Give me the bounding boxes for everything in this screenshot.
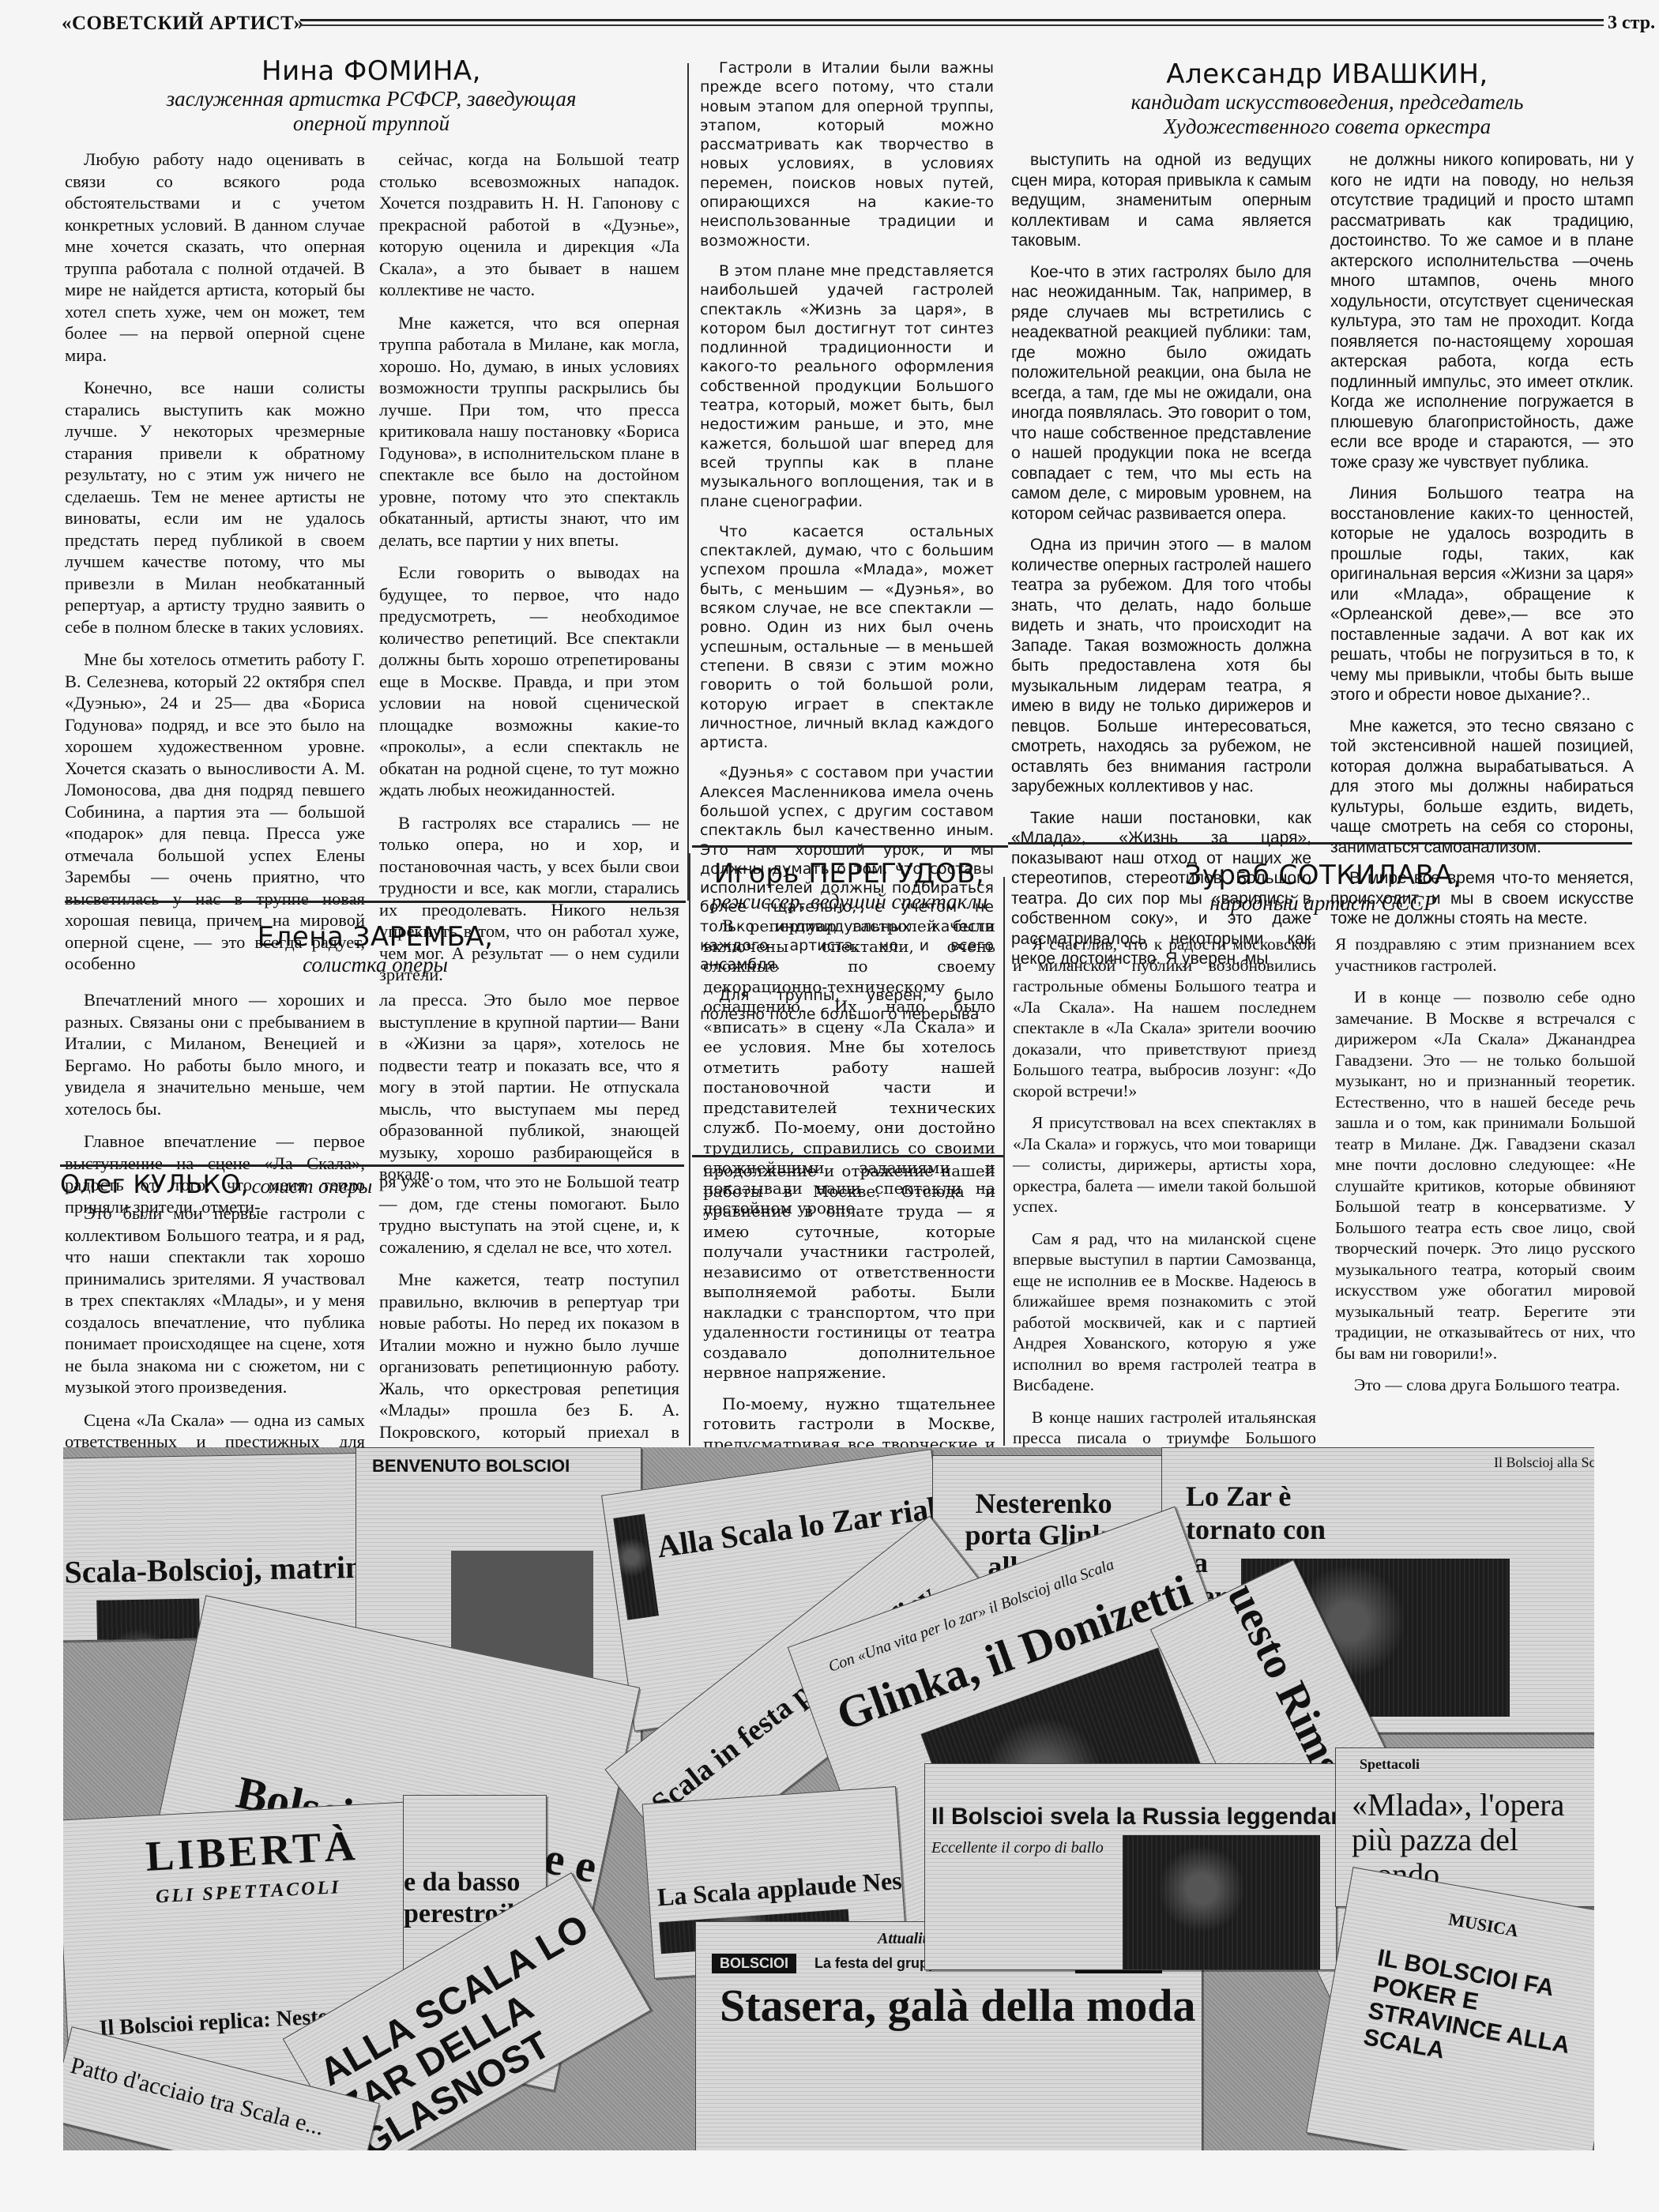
paragraph: В этом плане мне представляется наибольш… — [700, 261, 994, 511]
paragraph: ла пресса. Это было мое первое выступлен… — [379, 989, 679, 1185]
author-name: Нина ФОМИНА, — [63, 55, 679, 87]
headline: IL BOLSCIOI FA POKER E STRAVINCE ALLA SC… — [1361, 1945, 1594, 2090]
article-header-zaremba: Елена ЗАРЕМБА, солистка оперы — [63, 921, 687, 977]
headline: Il Bolscioi svela la Russia leggendaria — [931, 1804, 1337, 1830]
press-clippings-photo: Scala-Bolscioj, matrimonio d'a BENVENUTO… — [63, 1447, 1594, 2150]
headline: La Scala applaude Nesterenko — [656, 1860, 908, 1913]
paragraph: не должны никого копировать, ни у кого н… — [1330, 150, 1634, 472]
section-divider — [60, 1164, 684, 1167]
article-column-peregudov: В репертуар гастролей были включены спек… — [703, 916, 995, 1230]
article-header-ivashkin: Александр ИВАШКИН, кандидат искусствовед… — [1011, 58, 1643, 139]
article-column-fomina-1: Любую работу надо оценивать в связи со в… — [65, 149, 365, 986]
clipping: Il Bolscioi svela la Russia leggendaria … — [924, 1763, 1337, 1970]
masthead-liberta: LIBERTÀ — [145, 1821, 359, 1881]
author-name: Олег КУЛЬКО, — [60, 1169, 249, 1199]
article-column-kulko-1: Это были мои первые гастроли с коллектив… — [65, 1202, 365, 1485]
article-column-sotkilava-2: Я поздравляю с этим признанием всех учас… — [1335, 934, 1635, 1407]
paragraph: Гастроли в Италии были важны прежде всег… — [700, 58, 994, 250]
paragraph: сейчас, когда на Большой театр столько в… — [379, 149, 679, 301]
clipping-photo — [613, 1514, 659, 1619]
paragraph: Я поздравляю с этим признанием всех учас… — [1335, 934, 1635, 976]
paragraph: Я счастлив, что к радости московской и м… — [1013, 934, 1316, 1101]
paragraph: И в конце — позволю себе одно замечание.… — [1335, 987, 1635, 1364]
paragraph: Любую работу надо оценивать в связи со в… — [65, 149, 365, 366]
author-role-cont: оперной труппой — [63, 111, 679, 136]
author-name: Игорь ПЕРЕГУДОВ, — [695, 858, 1003, 890]
article-column-ivashkin-2: не должны никого копировать, ни у кого н… — [1330, 150, 1634, 940]
paragraph: Я присутствовал на всех спектаклях в «Ла… — [1013, 1112, 1316, 1217]
article-header-fomina: Нина ФОМИНА, заслуженная артистка РСФСР,… — [63, 55, 679, 136]
clipping-photo — [1123, 1835, 1320, 1969]
paragraph: Кое-что в этих гастролях было для нас не… — [1011, 262, 1311, 525]
author-name: Александр ИВАШКИН, — [1011, 58, 1643, 90]
column-divider — [1003, 877, 1005, 1446]
paragraph: Что касается остальных спектаклей, думаю… — [700, 522, 994, 753]
paragraph: Это были мои первые гастроли с коллектив… — [65, 1202, 365, 1398]
section-divider — [65, 901, 686, 903]
headline: Il Bolscioj alla Scala — [1494, 1454, 1594, 1471]
label-bolscioi: BOLSCIOI — [712, 1954, 796, 1973]
newspaper-title: «СОВЕТСКИЙ АРТИСТ» — [62, 13, 304, 35]
paragraph: Одна из причин этого — в малом количеств… — [1011, 535, 1311, 797]
paragraph: Впечатлений много — хороших и разных. Св… — [65, 989, 365, 1119]
section-divider — [692, 845, 1008, 848]
clipping: MUSICA IL BOLSCIOI FA POKER E STRAVINCE … — [1306, 1867, 1594, 2150]
clipping-photo — [96, 1599, 201, 1642]
masthead-rule — [300, 19, 1604, 26]
section-label: Spettacoli — [1360, 1756, 1420, 1773]
author-role: солистка оперы — [63, 953, 687, 977]
paragraph: Если говорить о выводах на будущее, то п… — [379, 562, 679, 801]
paragraph: Это — слова друга Большого театра. — [1335, 1375, 1635, 1396]
subheadline: Eccellente il corpo di ballo — [931, 1839, 1104, 1857]
section-label: GLI SPETTACOLI — [155, 1877, 341, 1908]
author-role: народный артист СССР — [1011, 891, 1635, 916]
author-role: солист оперы — [252, 1175, 373, 1198]
paragraph: Мне кажется, театр поступил правильно, в… — [379, 1269, 679, 1465]
section-label: MUSICA — [1447, 1909, 1520, 1941]
column-divider — [689, 853, 690, 1446]
paragraph: Мне кажется, это тесно связано с той экс… — [1330, 717, 1634, 858]
author-name: Зураб СОТКИЛАВА, — [1011, 860, 1635, 891]
headline: BENVENUTO BOLSCIOI — [372, 1456, 570, 1477]
author-role: кандидат искусствоведения, председатель — [1011, 90, 1643, 115]
paragraph: Линия Большого театра на восстановление … — [1330, 483, 1634, 705]
headline: Scala-Bolscioj, matrimonio d'a — [64, 1546, 398, 1590]
article-header-kulko: Олег КУЛЬКО, солист оперы — [60, 1169, 376, 1199]
author-name: Елена ЗАРЕМБА, — [63, 921, 687, 953]
article-header-sotkilava: Зураб СОТКИЛАВА, народный артист СССР — [1011, 860, 1635, 916]
paragraph: Конечно, все наши солисты старались выст… — [65, 377, 365, 638]
paragraph: ря уже о том, что это не Большой театр —… — [379, 1171, 679, 1258]
article-column-ivashkin-1: выступить на одной из ведущих сцен мира,… — [1011, 150, 1311, 980]
article-column-sotkilava-1: Я счастлив, что к радости московской и м… — [1013, 934, 1316, 1480]
article-column-fomina-2: сейчас, когда на Большой театр столько в… — [379, 149, 679, 997]
paragraph: Мне кажется, что вся оперная труппа рабо… — [379, 312, 679, 551]
paragraph: В репертуар гастролей были включены спек… — [703, 916, 995, 1219]
paragraph: Сам я рад, что на миланской сцене впервы… — [1013, 1228, 1316, 1396]
author-role-cont: Художественного совета оркестра — [1011, 115, 1643, 139]
article-header-peregudov: Игорь ПЕРЕГУДОВ, режиссер, ведущий спект… — [695, 858, 1003, 914]
author-role: заслуженная артистка РСФСР, заведующая — [63, 87, 679, 111]
section-divider — [692, 1155, 1005, 1157]
column-divider — [687, 63, 689, 901]
paragraph: выступить на одной из ведущих сцен мира,… — [1011, 150, 1311, 251]
headline: Stasera, galà della moda — [720, 1979, 1196, 2032]
page-number: 3 стр. — [1608, 13, 1655, 34]
section-divider — [1008, 842, 1632, 845]
author-role: режиссер, ведущий спектакли — [695, 890, 1003, 914]
